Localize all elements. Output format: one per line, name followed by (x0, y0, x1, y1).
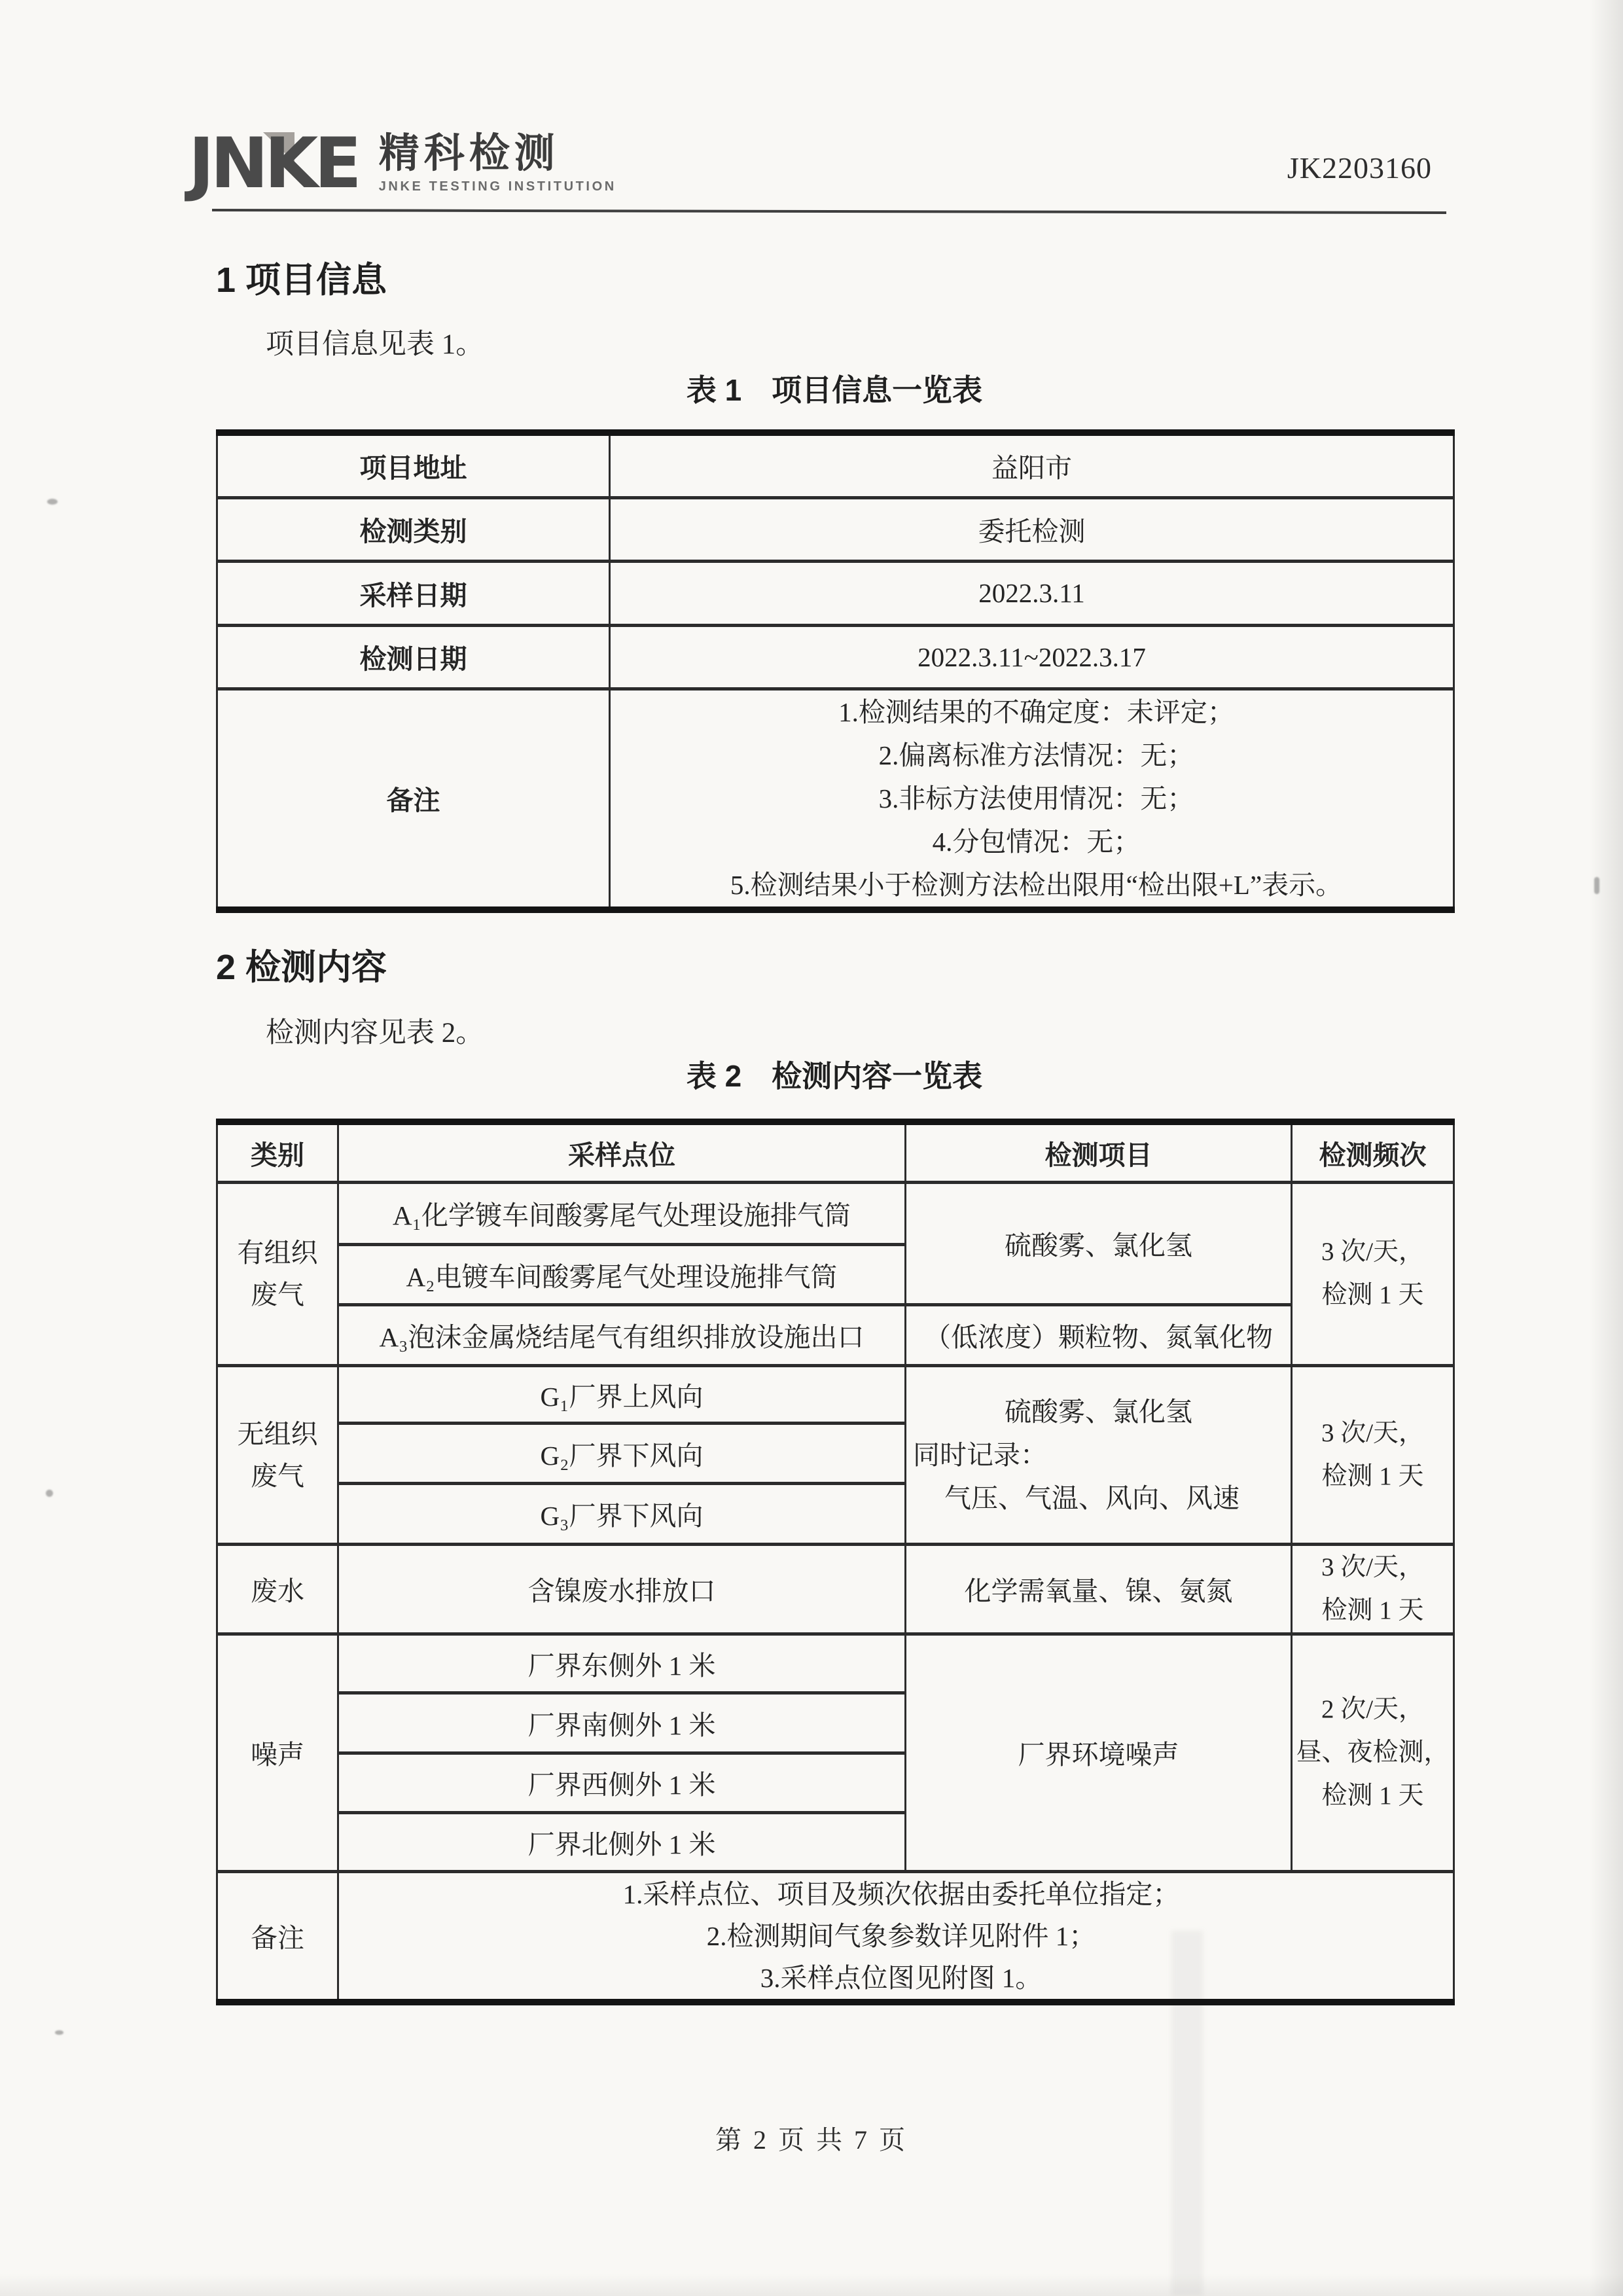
category-organized-gas: 有组织 废气 (217, 1182, 338, 1365)
table-row: 检测类别 委托检测 (217, 497, 1454, 561)
scan-edge-shadow-right (1589, 0, 1623, 2296)
test-item: 厂界环境噪声 (906, 1634, 1292, 1871)
table-row: 项目地址 益阳市 (217, 433, 1454, 497)
scan-speck (1594, 877, 1599, 894)
sampling-point: 含镍废水排放口 (338, 1544, 906, 1634)
remark-content: 1.采样点位、项目及频次依据由委托单位指定； 2.检测期间气象参数详见附件 1；… (338, 1871, 1454, 2002)
sampling-point: 厂界西侧外 1 米 (338, 1753, 906, 1812)
col-header-point: 采样点位 (338, 1122, 906, 1182)
remark-line: 1.检测结果的不确定度：未评定； (611, 691, 1453, 734)
scan-speck (55, 2030, 63, 2035)
row-label: 采样日期 (217, 561, 610, 625)
table2-caption: 表 2 检测内容一览表 (216, 1059, 1453, 1093)
test-item-group: 硫酸雾、氯化氢 同时记录： 气压、气温、风向、风速 (906, 1365, 1292, 1544)
table-row: 检测日期 2022.3.11~2022.3.17 (217, 625, 1454, 689)
row-label: 项目地址 (217, 433, 610, 497)
sampling-point: A₁化学镀车间酸雾尾气处理设施排气筒 (338, 1182, 906, 1244)
sampling-point: 厂界北侧外 1 米 (338, 1812, 906, 1871)
logo-subtitle: JNKE TESTING INSTITUTION (379, 179, 616, 194)
table-header-row: 类别 采样点位 检测项目 检测频次 (217, 1122, 1454, 1182)
category-noise: 噪声 (217, 1634, 338, 1871)
remark-line: 2.检测期间气象参数详见附件 1； (339, 1915, 1453, 1957)
sampling-point: 厂界东侧外 1 米 (338, 1634, 906, 1693)
scanned-report-page: JNKE 精科检测 JNKE TESTING INSTITUTION JK220… (0, 0, 1623, 2296)
scan-edge-shadow-bottom (0, 2274, 1623, 2296)
test-item: （低浓度）颗粒物、氮氧化物 (906, 1304, 1292, 1365)
col-header-freq: 检测频次 (1292, 1122, 1454, 1182)
report-number: JK2203160 (1287, 151, 1432, 185)
table1-caption: 表 1 项目信息一览表 (216, 373, 1453, 407)
logo-wordmark: JNKE (188, 130, 358, 198)
category-wastewater: 废水 (217, 1544, 338, 1634)
remark-line: 5.检测结果小于检测方法检出限用“检出限+L”表示。 (611, 863, 1453, 906)
sampling-point: G₂厂界下风向 (338, 1423, 906, 1483)
remark-content: 1.检测结果的不确定度：未评定； 2.偏离标准方法情况：无； 3.非标方法使用情… (610, 689, 1454, 910)
row-value: 益阳市 (610, 433, 1454, 497)
table-row: 采样日期 2022.3.11 (217, 561, 1454, 625)
test-item-line: 同时记录： (906, 1433, 1291, 1477)
col-header-item: 检测项目 (906, 1122, 1292, 1182)
test-item-line: 气压、气温、风向、风速 (906, 1477, 1291, 1520)
section1-heading: 1 项目信息 (216, 260, 387, 300)
row-value: 委托检测 (610, 497, 1454, 561)
remark-line: 1.采样点位、项目及频次依据由委托单位指定； (339, 1873, 1453, 1915)
row-value: 2022.3.11~2022.3.17 (610, 625, 1454, 689)
scan-speck (47, 499, 58, 505)
section2-heading: 2 检测内容 (216, 948, 387, 987)
table2-test-content: 类别 采样点位 检测项目 检测频次 有组织 废气 A₁化学镀车间酸雾尾气处理设施… (216, 1119, 1455, 2005)
remark-line: 3.采样点位图见附图 1。 (339, 1957, 1453, 1999)
test-item: 硫酸雾、氯化氢 (906, 1182, 1292, 1304)
remark-label: 备注 (217, 1871, 338, 2002)
table-row: A₃泡沫金属烧结尾气有组织排放设施出口 （低浓度）颗粒物、氮氧化物 (217, 1304, 1454, 1365)
remark-line: 3.非标方法使用情况：无； (611, 777, 1453, 820)
jnke-logo: JNKE 精科检测 JNKE TESTING INSTITUTION (188, 130, 616, 215)
table1-project-info: 项目地址 益阳市 检测类别 委托检测 采样日期 2022.3.11 检测日期 2… (216, 429, 1455, 913)
table-row: 废水 含镍废水排放口 化学需氧量、镍、氨氮 3 次/天， 检测 1 天 (217, 1544, 1454, 1634)
test-frequency: 2 次/天， 昼、夜检测， 检测 1 天 (1292, 1634, 1454, 1871)
remark-label: 备注 (217, 689, 610, 910)
table-row: 有组织 废气 A₁化学镀车间酸雾尾气处理设施排气筒 硫酸雾、氯化氢 3 次/天，… (217, 1182, 1454, 1244)
row-label: 检测日期 (217, 625, 610, 689)
row-value: 2022.3.11 (610, 561, 1454, 625)
remark-line: 2.偏离标准方法情况：无； (611, 734, 1453, 777)
sampling-point: 厂界南侧外 1 米 (338, 1693, 906, 1753)
sampling-point: A₂电镀车间酸雾尾气处理设施排气筒 (338, 1244, 906, 1304)
sampling-point: G₁厂界上风向 (338, 1365, 906, 1423)
row-label: 检测类别 (217, 497, 610, 561)
table-row-remarks: 备注 1.检测结果的不确定度：未评定； 2.偏离标准方法情况：无； 3.非标方法… (217, 689, 1454, 910)
col-header-category: 类别 (217, 1122, 338, 1182)
table-row: 噪声 厂界东侧外 1 米 厂界环境噪声 2 次/天， 昼、夜检测， 检测 1 天 (217, 1634, 1454, 1693)
remark-line: 4.分包情况：无； (611, 820, 1453, 863)
test-frequency: 3 次/天， 检测 1 天 (1292, 1182, 1454, 1365)
section2-intro: 检测内容见表 2。 (266, 1017, 484, 1050)
scan-speck (46, 1490, 53, 1497)
logo-chinese-name: 精科检测 (379, 134, 616, 174)
table-row: 无组织 废气 G₁厂界上风向 硫酸雾、氯化氢 同时记录： 气压、气温、风向、风速… (217, 1365, 1454, 1423)
table-row-remarks: 备注 1.采样点位、项目及频次依据由委托单位指定； 2.检测期间气象参数详见附件… (217, 1871, 1454, 2002)
page-number: 第 2 页 共 7 页 (0, 2119, 1623, 2157)
sampling-point: G₃厂界下风向 (338, 1483, 906, 1544)
test-frequency: 3 次/天， 检测 1 天 (1292, 1544, 1454, 1634)
test-item-line: 硫酸雾、氯化氢 (906, 1390, 1291, 1433)
sampling-point: A₃泡沫金属烧结尾气有组织排放设施出口 (338, 1304, 906, 1365)
section1-intro: 项目信息见表 1。 (266, 329, 484, 361)
test-frequency: 3 次/天， 检测 1 天 (1292, 1365, 1454, 1544)
category-fugitive-gas: 无组织 废气 (217, 1365, 338, 1544)
test-item: 化学需氧量、镍、氨氮 (906, 1544, 1292, 1634)
